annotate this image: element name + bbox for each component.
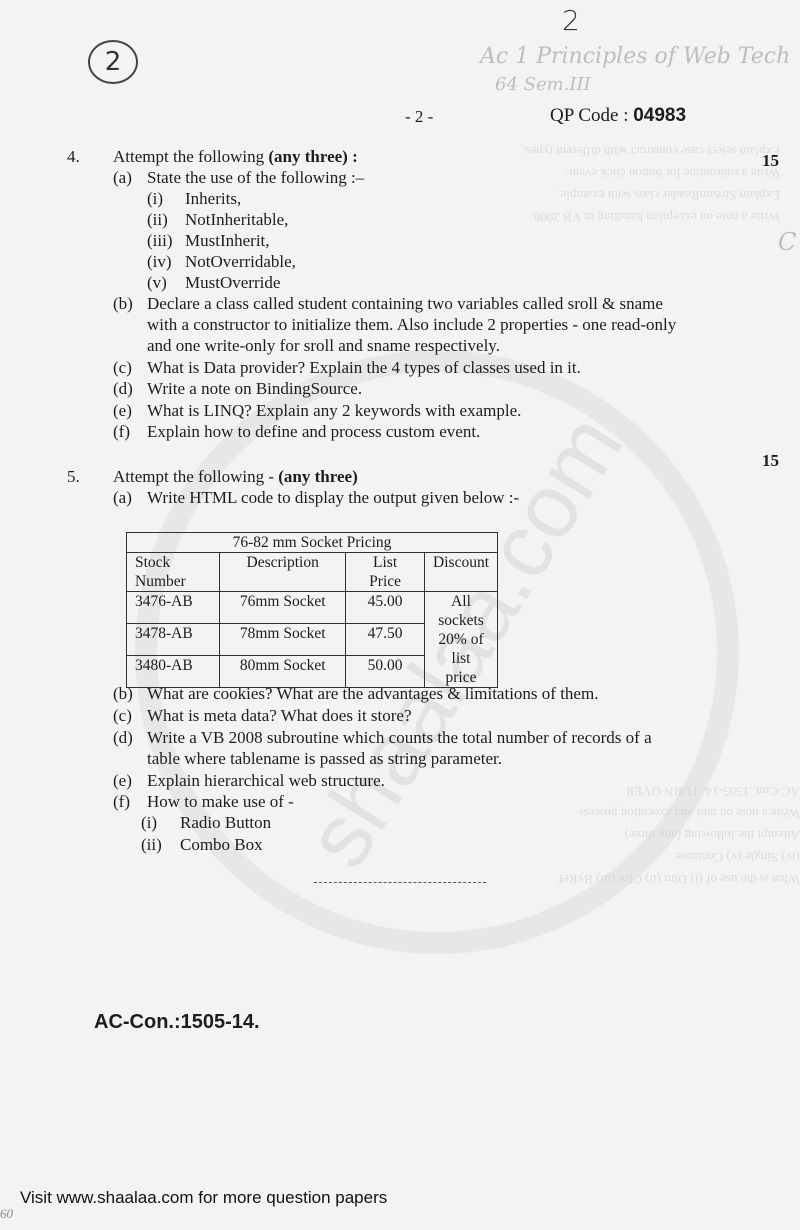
part-text: How to make use of - [147,791,294,812]
sub-text: NotOverridable, [185,251,296,272]
website-footer-link[interactable]: Visit www.shaalaa.com for more question … [20,1188,387,1208]
cell-stock-number: 3476-AB [127,592,220,624]
cell-description: 76mm Socket [220,592,346,624]
cell-list-price: 45.00 [346,592,425,624]
handwritten-page-number: 2 [562,4,580,37]
sub-label: (iii) [147,230,173,251]
part-text: and one write-only for sroll and sname r… [147,335,500,356]
end-separator [314,882,486,883]
bleed-through-text-lower: What is the use of (i) Dim (ii) CInt (ii… [420,780,800,890]
sub-label: (i) [147,188,163,209]
part-text: What is LINQ? Explain any 2 keywords wit… [147,400,521,421]
handwritten-subject-note: Ac 1 Principles of Web Tech [480,44,790,69]
part-label: (d) [113,727,133,748]
part-text: State the use of the following :– [147,167,364,188]
question-number: 4. [67,146,80,167]
sub-text: Inherits, [185,188,241,209]
qp-code-value: 04983 [633,105,686,126]
question-marks: 15 [762,450,779,471]
part-label: (e) [113,770,132,791]
page-number: - 2 - [405,107,433,127]
part-label: (f) [113,421,130,442]
part-label: (e) [113,400,132,421]
part-text: Declare a class called student containin… [147,293,663,314]
socket-pricing-table: 76-82 mm Socket Pricing StockNumber Desc… [126,532,498,688]
ac-con-code: AC-Con.:1505-14. [94,1011,260,1034]
cell-discount-note: All sockets20% of listprice [425,592,498,688]
part-text: Write a VB 2008 subroutine which counts … [147,727,652,748]
part-label: (d) [113,378,133,399]
question-number: 5. [67,466,80,487]
corner-handwritten-mark: 60 [0,1206,13,1222]
table-caption: 76-82 mm Socket Pricing [127,533,498,553]
part-label: (a) [113,487,132,508]
sub-text: Radio Button [180,812,271,833]
handwritten-circled-number: 2 [88,40,138,84]
table-row: 3476-AB 76mm Socket 45.00 All sockets20%… [127,592,498,624]
part-label: (c) [113,705,132,726]
part-text: What is Data provider? Explain the 4 typ… [147,357,581,378]
cell-description: 78mm Socket [220,624,346,656]
sub-text: NotInheritable, [185,209,288,230]
part-text: What is meta data? What does it store? [147,705,412,726]
cell-list-price: 47.50 [346,624,425,656]
part-label: (c) [113,357,132,378]
cell-list-price: 50.00 [346,656,425,688]
sub-label: (ii) [147,209,168,230]
qp-code-label: QP Code : [550,105,633,126]
part-text: Explain how to define and process custom… [147,421,480,442]
part-label: (f) [113,791,130,812]
qp-code: QP Code : 04983 [550,105,686,127]
question-marks: 15 [762,150,779,171]
part-text: Write HTML code to display the output gi… [147,487,519,508]
part-text: Write a note on BindingSource. [147,378,362,399]
sub-label: (v) [147,272,167,293]
question-title: Attempt the following (any three) : [113,146,358,167]
table-header-row: StockNumber Description ListPrice Discou… [127,553,498,592]
header-discount: Discount [425,553,498,592]
handwritten-semester-note: 64 Sem.III [495,74,591,95]
part-text: Explain hierarchical web structure. [147,770,385,791]
question-title: Attempt the following - (any three) [113,466,358,487]
cell-stock-number: 3480-AB [127,656,220,688]
cell-description: 80mm Socket [220,656,346,688]
handwritten-margin-note: C [778,228,796,256]
sub-text: MustInherit, [185,230,270,251]
part-text: with a constructor to initialize them. A… [147,314,676,335]
part-label: (b) [113,293,133,314]
sub-label: (ii) [141,834,162,855]
header-description: Description [220,553,346,592]
cell-stock-number: 3478-AB [127,624,220,656]
bleed-through-text: Write a note on exception handling in VB… [420,140,780,228]
sub-label: (i) [141,812,157,833]
sub-text: Combo Box [180,834,263,855]
header-stock-number: StockNumber [127,553,220,592]
part-label: (a) [113,167,132,188]
sub-label: (iv) [147,251,172,272]
part-text: table where tablename is passed as strin… [147,748,502,769]
sub-text: MustOverride [185,272,280,293]
header-list-price: ListPrice [346,553,425,592]
